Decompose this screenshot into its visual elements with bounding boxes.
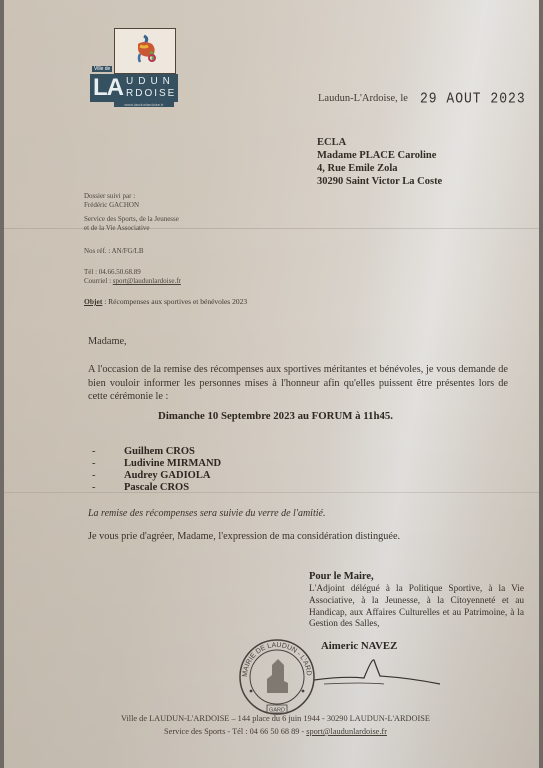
dossier-label: Dossier suivi par : — [84, 192, 139, 201]
objet-text: : Récompenses aux sportives et bénévoles… — [102, 297, 247, 306]
recipient-address: ECLA Madame PLACE Caroline 4, Rue Emile … — [317, 136, 442, 188]
pour-le-maire: Pour le Maire, — [309, 571, 374, 582]
horse-rider-icon — [130, 34, 160, 66]
recipient-city: 30290 Saint Victor La Coste — [317, 175, 442, 188]
reference: Nos réf. : AN/FG/LB — [84, 247, 144, 256]
place-date-prefix: Laudun-L'Ardoise, le — [318, 93, 408, 104]
footer-contact: Service des Sports - Tél : 04 66 50 68 8… — [4, 727, 543, 736]
logo-la: LA — [93, 74, 123, 102]
objet-label: Objet — [84, 297, 102, 306]
telephone: Tél : 04.66.50.68.89 — [84, 268, 141, 277]
courriel-label: Courriel : — [84, 277, 111, 285]
event-line: Dimanche 10 Septembre 2023 au FORUM à 11… — [4, 410, 543, 422]
objet-line: Objet : Récompenses aux sportives et bén… — [84, 297, 247, 306]
footer-service-tel: Service des Sports - Tél : 04 66 50 68 8… — [164, 727, 306, 736]
service-block: Service des Sports, de la Jeunesse et de… — [84, 215, 179, 232]
courriel-email-link[interactable]: sport@laudunlardoise.fr — [113, 277, 181, 285]
honorees-list: Guilhem CROS Ludivine MIRMAND Audrey GAD… — [108, 446, 221, 494]
mairie-seal-stamp-icon: MAIRIE DE LAUDUN - L'ARDOISE GARD — [237, 637, 317, 717]
service-line-2: et de la Vie Associative — [84, 224, 179, 233]
salutation: Madame, — [88, 335, 127, 349]
footer-address: Ville de LAUDUN-L'ARDOISE – 144 place du… — [4, 714, 543, 723]
logo-ville-de: Ville de — [92, 66, 112, 72]
logo-url: www.laudunlardoise.fr — [114, 102, 174, 107]
logo-band: LA UDUN RDOISE — [90, 74, 178, 102]
logo-udun: UDUN — [126, 76, 175, 87]
list-item: Audrey GADIOLA — [108, 470, 221, 482]
list-item: Ludivine MIRMAND — [108, 458, 221, 470]
paragraph-1: A l'occasion de la remise des récompense… — [88, 363, 508, 404]
closing-1: La remise des récompenses sera suivie du… — [88, 507, 325, 521]
courriel-line: Courriel : sport@laudunlardoise.fr — [84, 277, 181, 286]
logo-rdoise: RDOISE — [126, 88, 176, 99]
footer-email-link[interactable]: sport@laudunlardoise.fr — [306, 727, 387, 736]
paper-fold — [4, 492, 539, 493]
date-stamp: 29 AOUT 2023 — [420, 90, 526, 107]
handwritten-signature-icon — [304, 648, 444, 698]
recipient-org: ECLA — [317, 136, 442, 149]
letter-page: Ville de LA UDUN RDOISE www.laudunlardoi… — [4, 0, 539, 768]
recipient-name: Madame PLACE Caroline — [317, 149, 442, 162]
list-item: Pascale CROS — [108, 482, 221, 494]
dossier-block: Dossier suivi par : Frédéric GACHON — [84, 192, 139, 209]
seal-dept: GARD — [269, 708, 285, 714]
signer-role: L'Adjoint délégué à la Politique Sportiv… — [309, 584, 524, 631]
list-item: Guilhem CROS — [108, 446, 221, 458]
dossier-name: Frédéric GACHON — [84, 201, 139, 210]
closing-2: Je vous prie d'agréer, Madame, l'express… — [88, 530, 400, 544]
service-line-1: Service des Sports, de la Jeunesse — [84, 215, 179, 224]
recipient-street: 4, Rue Emile Zola — [317, 162, 442, 175]
city-logo: Ville de LA UDUN RDOISE www.laudunlardoi… — [90, 28, 178, 106]
